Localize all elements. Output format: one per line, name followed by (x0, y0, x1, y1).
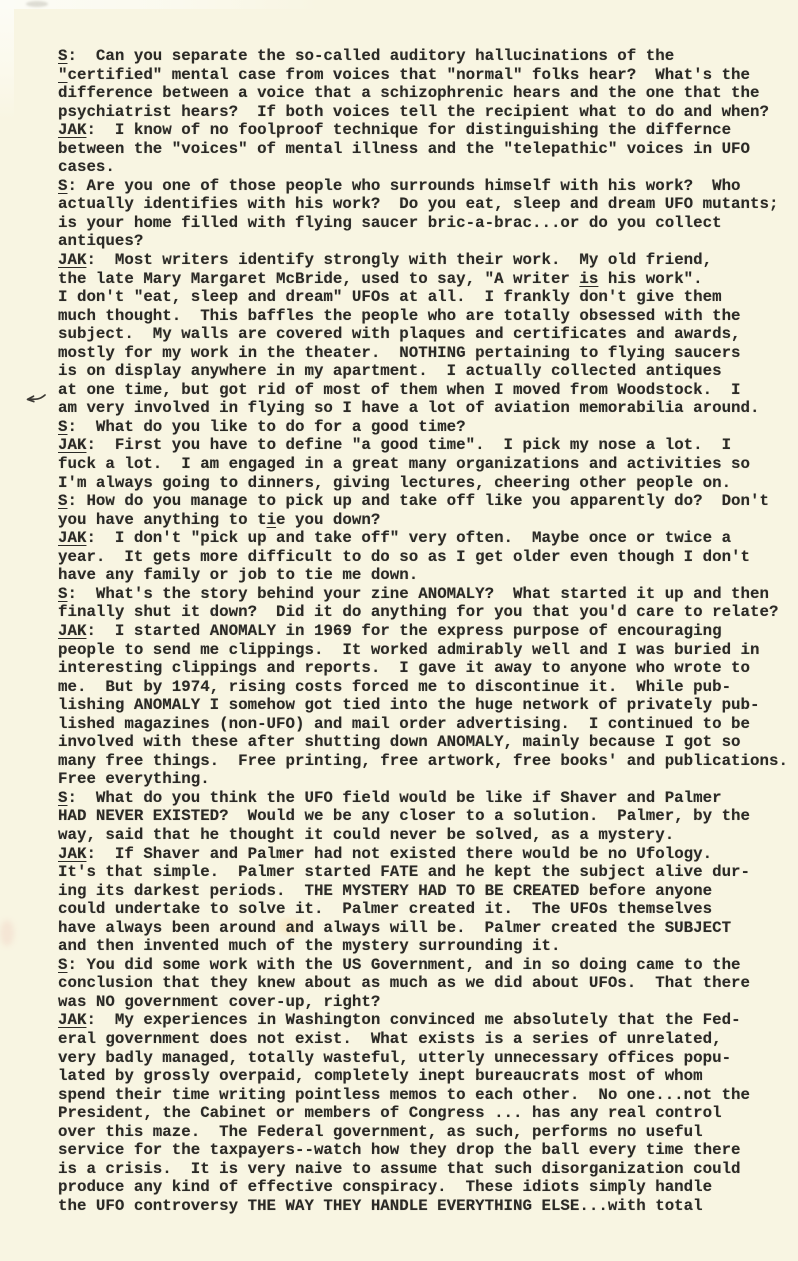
text-line: involved with these after shutting down … (58, 733, 788, 752)
text-segment: : My experiences in Washington convinced… (86, 1011, 740, 1029)
text-line: was NO government cover-up, right? (58, 993, 788, 1012)
text-line: psychiatrist hears? If both voices tell … (58, 103, 788, 122)
text-line: lated by grossly overpaid, completely in… (58, 1067, 788, 1086)
text-segment: the UFO controversy THE WAY THEY HANDLE … (58, 1197, 703, 1215)
text-line: produce any kind of effective conspiracy… (58, 1178, 788, 1197)
text-segment: have always been around and always will … (58, 919, 731, 937)
text-segment: : I know of no foolproof technique for d… (86, 121, 731, 139)
text-line: you have anything to tie you down? (58, 511, 788, 530)
text-line: antiques? (58, 232, 788, 251)
text-line: S: You did some work with the US Governm… (58, 956, 788, 975)
text-segment: conclusion that they knew about as much … (58, 974, 750, 992)
text-segment: It's that simple. Palmer started FATE an… (58, 863, 750, 881)
text-line: between the "voices" of mental illness a… (58, 140, 788, 159)
text-segment: e you down? (276, 511, 380, 529)
text-line: service for the taxpayers--watch how the… (58, 1141, 788, 1160)
document-text: S: Can you separate the so-called audito… (58, 47, 788, 1215)
text-segment: : What do you think the UFO field would … (67, 789, 721, 807)
scan-edge-top (0, 0, 320, 9)
text-segment: antiques? (58, 232, 143, 250)
text-segment: was NO government cover-up, right? (58, 993, 380, 1011)
text-segment: I don't "eat, sleep and dream" UFOs at a… (58, 288, 722, 306)
text-segment: : If Shaver and Palmer had not existed t… (86, 845, 712, 863)
underlined-text: JAK (58, 845, 86, 863)
text-segment: actually identifies with his work? Do yo… (58, 195, 778, 213)
text-segment: cases. (58, 158, 115, 176)
text-segment: fuck a lot. I am engaged in a great many… (58, 455, 750, 473)
text-line: interesting clippings and reports. I gav… (58, 659, 788, 678)
text-line: fuck a lot. I am engaged in a great many… (58, 455, 788, 474)
text-line: year. It gets more difficult to do so as… (58, 548, 788, 567)
text-segment: is your home filled with flying saucer b… (58, 214, 722, 232)
underlined-text: JAK (58, 622, 86, 640)
text-line: finally shut it down? Did it do anything… (58, 603, 788, 622)
text-segment: eral government does not exist. What exi… (58, 1030, 722, 1048)
underlined-text: JAK (58, 529, 86, 547)
scan-smudge (26, 1, 48, 7)
text-segment: : What do you like to do for a good time… (67, 418, 465, 436)
text-segment: way, said that he thought it could never… (58, 826, 674, 844)
text-line: at one time, but got rid of most of them… (58, 381, 788, 400)
text-line: much thought. This baffles the people wh… (58, 307, 788, 326)
text-segment: am very involved in flying so I have a l… (58, 399, 760, 417)
text-segment: over this maze. The Federal government, … (58, 1123, 703, 1141)
text-segment: very badly managed, totally wasteful, ut… (58, 1049, 731, 1067)
text-line: JAK: I don't "pick up and take off" very… (58, 529, 788, 548)
text-segment: could undertake to solve it. Palmer crea… (58, 900, 712, 918)
text-line: actually identifies with his work? Do yo… (58, 195, 788, 214)
text-line: S: Can you separate the so-called audito… (58, 47, 788, 66)
text-segment: : Most writers identify strongly with th… (86, 251, 712, 269)
text-segment: : I started ANOMALY in 1969 for the expr… (86, 622, 721, 640)
text-line: S: What do you think the UFO field would… (58, 789, 788, 808)
text-segment: : How do you manage to pick up and take … (67, 492, 769, 510)
scan-edge-left (0, 0, 14, 120)
text-line: S: How do you manage to pick up and take… (58, 492, 788, 511)
text-line: I'm always going to dinners, giving lect… (58, 474, 788, 493)
text-line: lished magazines (non-UFO) and mail orde… (58, 715, 788, 734)
text-segment: I'm always going to dinners, giving lect… (58, 474, 731, 492)
text-segment: you have anything to t (58, 511, 267, 529)
text-segment: : What's the story behind your zine ANOM… (67, 585, 769, 603)
text-line: S: Are you one of those people who surro… (58, 177, 788, 196)
text-segment: people to send me clippings. It worked a… (58, 641, 760, 659)
text-segment: HAD NEVER EXISTED? Would we be any close… (58, 807, 750, 825)
text-segment: : First you have to define "a good time"… (86, 436, 731, 454)
text-line: me. But by 1974, rising costs forced me … (58, 678, 788, 697)
text-segment: service for the taxpayers--watch how the… (58, 1141, 741, 1159)
text-line: am very involved in flying so I have a l… (58, 399, 788, 418)
text-segment: involved with these after shutting down … (58, 733, 741, 751)
text-segment: spend their time writing pointless memos… (58, 1086, 750, 1104)
text-segment: year. It gets more difficult to do so as… (58, 548, 750, 566)
text-line: way, said that he thought it could never… (58, 826, 788, 845)
text-segment: between the "voices" of mental illness a… (58, 140, 750, 158)
text-line: very badly managed, totally wasteful, ut… (58, 1049, 788, 1068)
text-segment: at one time, but got rid of most of them… (58, 381, 741, 399)
text-line: conclusion that they knew about as much … (58, 974, 788, 993)
text-line: the late Mary Margaret McBride, used to … (58, 270, 788, 289)
text-segment: lated by grossly overpaid, completely in… (58, 1067, 703, 1085)
text-line: mostly for my work in the theater. NOTHI… (58, 344, 788, 363)
text-segment: and then invented much of the mystery su… (58, 937, 560, 955)
text-line: S: What's the story behind your zine ANO… (58, 585, 788, 604)
text-line: people to send me clippings. It worked a… (58, 641, 788, 660)
underlined-text: JAK (58, 121, 86, 139)
text-line: JAK: I know of no foolproof technique fo… (58, 121, 788, 140)
text-segment: have any family or job to tie me down. (58, 566, 418, 584)
text-segment: ing its darkest periods. THE MYSTERY HAD… (58, 882, 712, 900)
underlined-text: JAK (58, 251, 86, 269)
text-segment: psychiatrist hears? If both voices tell … (58, 103, 769, 121)
text-line: I don't "eat, sleep and dream" UFOs at a… (58, 288, 788, 307)
text-line: Free everything. (58, 770, 788, 789)
text-segment: mostly for my work in the theater. NOTHI… (58, 344, 741, 362)
text-line: is on display anywhere in my apartment. … (58, 362, 788, 381)
text-line: cases. (58, 158, 788, 177)
text-segment: lishing ANOMALY I somehow got tied into … (58, 696, 760, 714)
text-line: many free things. Free printing, free ar… (58, 752, 788, 771)
text-line: "certified" mental case from voices that… (58, 66, 788, 85)
text-line: S: What do you like to do for a good tim… (58, 418, 788, 437)
text-line: It's that simple. Palmer started FATE an… (58, 863, 788, 882)
text-segment: his work". (598, 270, 702, 288)
underlined-text: is (579, 270, 598, 288)
document-page: S: Can you separate the so-called audito… (0, 0, 798, 1261)
text-segment: many free things. Free printing, free ar… (58, 752, 788, 770)
margin-arrow-annotation (24, 391, 46, 407)
text-segment: difference between a voice that a schizo… (58, 84, 760, 102)
text-segment: subject. My walls are covered with plaqu… (58, 325, 741, 343)
text-segment: is on display anywhere in my apartment. … (58, 362, 722, 380)
text-line: JAK: My experiences in Washington convin… (58, 1011, 788, 1030)
text-line: over this maze. The Federal government, … (58, 1123, 788, 1142)
text-line: HAD NEVER EXISTED? Would we be any close… (58, 807, 788, 826)
text-segment: : You did some work with the US Governme… (67, 956, 740, 974)
text-line: JAK: Most writers identify strongly with… (58, 251, 788, 270)
text-segment: produce any kind of effective conspiracy… (58, 1178, 712, 1196)
text-line: and then invented much of the mystery su… (58, 937, 788, 956)
underlined-text: JAK (58, 436, 86, 454)
text-segment: : Can you separate the so-called auditor… (67, 47, 674, 65)
text-line: President, the Cabinet or members of Con… (58, 1104, 788, 1123)
text-line: is your home filled with flying saucer b… (58, 214, 788, 233)
paper-stain (0, 920, 14, 946)
underlined-text: i (267, 511, 276, 529)
text-line: have any family or job to tie me down. (58, 566, 788, 585)
underlined-text: JAK (58, 1011, 86, 1029)
text-segment: much thought. This baffles the people wh… (58, 307, 741, 325)
text-line: lishing ANOMALY I somehow got tied into … (58, 696, 788, 715)
text-line: spend their time writing pointless memos… (58, 1086, 788, 1105)
text-segment: certified" mental case from voices that … (67, 66, 750, 84)
text-line: eral government does not exist. What exi… (58, 1030, 788, 1049)
text-segment: interesting clippings and reports. I gav… (58, 659, 750, 677)
text-line: JAK: First you have to define "a good ti… (58, 436, 788, 455)
text-segment: me. But by 1974, rising costs forced me … (58, 678, 731, 696)
text-segment: lished magazines (non-UFO) and mail orde… (58, 715, 750, 733)
text-line: ing its darkest periods. THE MYSTERY HAD… (58, 882, 788, 901)
text-segment: finally shut it down? Did it do anything… (58, 603, 778, 621)
text-segment: the late Mary Margaret McBride, used to … (58, 270, 579, 288)
text-segment: Free everything. (58, 770, 210, 788)
text-line: could undertake to solve it. Palmer crea… (58, 900, 788, 919)
text-segment: President, the Cabinet or members of Con… (58, 1104, 722, 1122)
text-line: subject. My walls are covered with plaqu… (58, 325, 788, 344)
text-line: have always been around and always will … (58, 919, 788, 938)
text-segment: : I don't "pick up and take off" very of… (86, 529, 731, 547)
text-line: difference between a voice that a schizo… (58, 84, 788, 103)
text-line: JAK: If Shaver and Palmer had not existe… (58, 845, 788, 864)
text-segment: : Are you one of those people who surrou… (67, 177, 740, 195)
text-segment: is a crisis. It is very naive to assume … (58, 1160, 741, 1178)
text-line: JAK: I started ANOMALY in 1969 for the e… (58, 622, 788, 641)
text-line: the UFO controversy THE WAY THEY HANDLE … (58, 1197, 788, 1216)
text-line: is a crisis. It is very naive to assume … (58, 1160, 788, 1179)
